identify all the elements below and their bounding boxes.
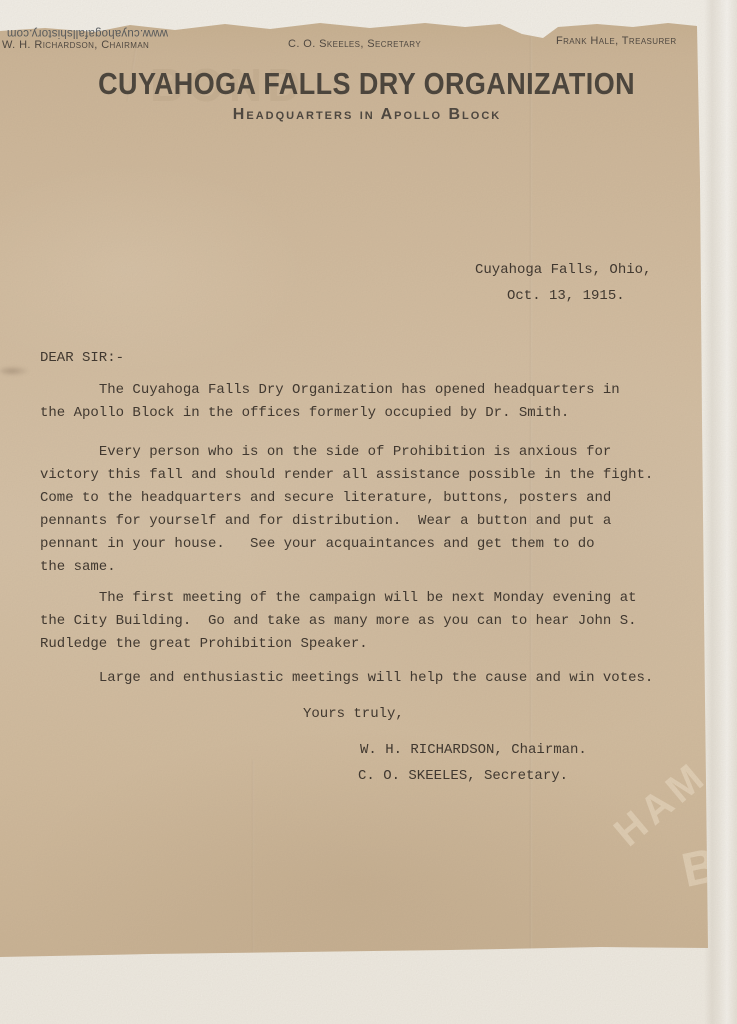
organization-name-row: CUYAHOGA FALLS DRY ORGANIZATION [22,66,712,102]
headquarters-tagline: Headquarters in Apollo Block [233,106,501,124]
signature-secretary: C. O. SKEELES, Secretary. [358,763,568,789]
headquarters-tagline-row: Headquarters in Apollo Block [22,106,712,124]
paragraph-3: The first meeting of the campaign will b… [40,587,680,656]
paragraph-2: Every person who is on the side of Prohi… [40,441,680,579]
letterhead-treasurer: Frank Hale, Treasurer [556,35,677,47]
dateline-place: Cuyahoga Falls, Ohio, [475,259,651,282]
history-site-watermark: www.cuyahogafallshistory.com [0,23,168,39]
organization-name: CUYAHOGA FALLS DRY ORGANIZATION [99,66,636,102]
vertical-fold-crease-lower [252,760,254,956]
paper-watermark-ghost-ham: HAM [606,753,716,856]
salutation: DEAR SIR:- [40,347,124,370]
letterhead-chairman: W. H. Richardson, Chairman [2,39,149,51]
edge-smudge [0,366,30,376]
scanned-letter-page: BOND HAM BO W. H. Richardson, Chairman C… [0,0,737,1024]
letter-paper: BOND HAM BO W. H. Richardson, Chairman C… [0,0,712,960]
closing: Yours truly, [303,703,404,726]
dateline-date: Oct. 13, 1915. [507,285,625,308]
paragraph-1: The Cuyahoga Falls Dry Organization has … [40,379,680,425]
letterhead-secretary: C. O. Skeeles, Secretary [288,38,421,50]
signature-chairman: W. H. RICHARDSON, Chairman. [360,737,587,763]
paragraph-4: Large and enthusiastic meetings will hel… [40,667,680,690]
